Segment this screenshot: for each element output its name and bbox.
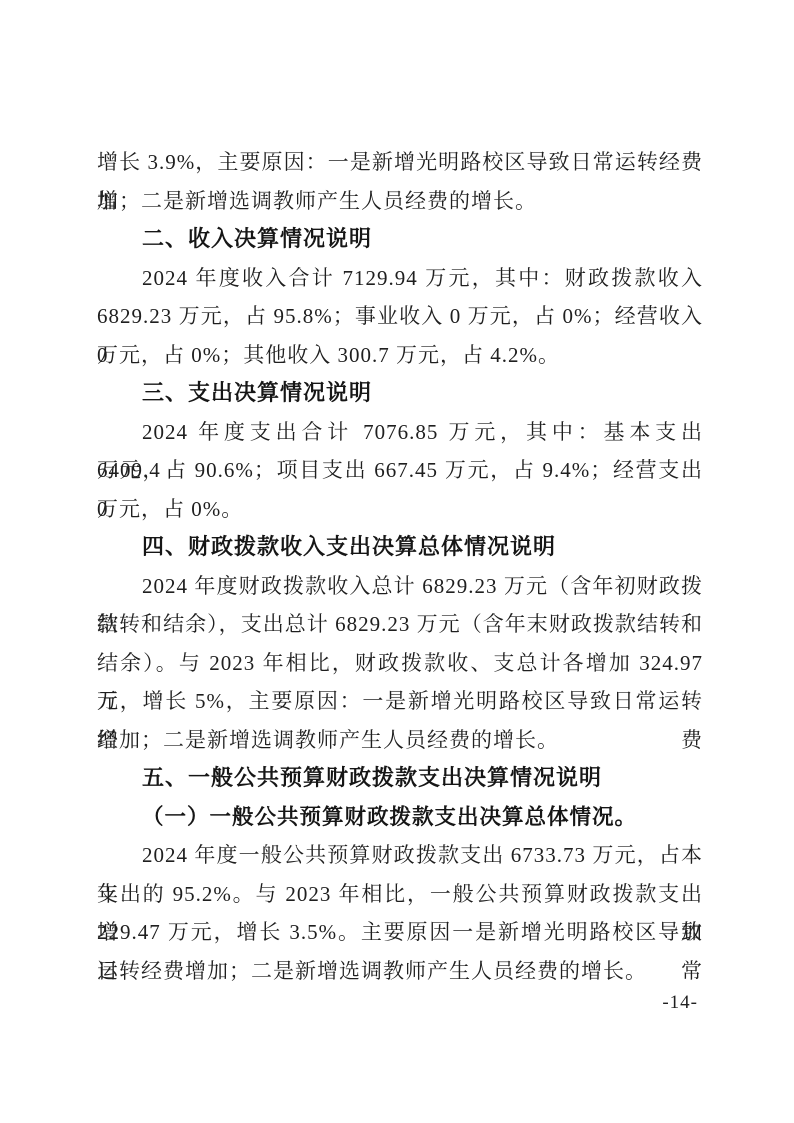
text-line: 结转和结余），支出总计 6829.23 万元（含年末财政拨款结转和	[97, 605, 703, 644]
text-line: 2024 年度一般公共预算财政拨款支出 6733.73 万元，占本年	[97, 836, 703, 875]
section-heading-4: 四、财政拨款收入支出决算总体情况说明	[97, 528, 703, 567]
section-heading-5: 五、一般公共预算财政拨款支出决算情况说明	[97, 759, 703, 798]
document-page: 增长 3.9%，主要原因：一是新增光明路校区导致日常运转经费增 加；二是新增选调…	[0, 0, 794, 1123]
text-line: 支出的 95.2%。与 2023 年相比，一般公共预算财政拨款支出增加	[97, 875, 703, 914]
text-line: 2024 年度支出合计 7076.85 万元，其中：基本支出 6409.4	[97, 413, 703, 452]
text-line: 万元，占 0%。	[97, 490, 703, 529]
text-line: 万元，占 0%；其他收入 300.7 万元，占 4.2%。	[97, 336, 703, 375]
text-line: 万元，占 90.6%；项目支出 667.45 万元，占 9.4%；经营支出 0	[97, 451, 703, 490]
text-line: 2024 年度财政拨款收入总计 6829.23 万元（含年初财政拨款	[97, 567, 703, 606]
document-body: 增长 3.9%，主要原因：一是新增光明路校区导致日常运转经费增 加；二是新增选调…	[97, 143, 703, 990]
text-line: 运转经费增加；二是新增选调教师产生人员经费的增长。	[97, 952, 703, 991]
text-line: 结余）。与 2023 年相比，财政拨款收、支总计各增加 324.97 万	[97, 644, 703, 683]
page-number: -14-	[662, 992, 698, 1014]
section-heading-2: 二、收入决算情况说明	[97, 220, 703, 259]
section-heading-3: 三、支出决算情况说明	[97, 374, 703, 413]
text-line: 增长 3.9%，主要原因：一是新增光明路校区导致日常运转经费增	[97, 143, 703, 182]
text-line: 元，增长 5%，主要原因：一是新增光明路校区导致日常运转经费	[97, 682, 703, 721]
text-line: 229.47 万元，增长 3.5%。主要原因一是新增光明路校区导致日常	[97, 913, 703, 952]
text-line: 6829.23 万元，占 95.8%；事业收入 0 万元，占 0%；经营收入 0	[97, 297, 703, 336]
text-line: 加；二是新增选调教师产生人员经费的增长。	[97, 182, 703, 221]
text-line: 2024 年度收入合计 7129.94 万元，其中：财政拨款收入	[97, 259, 703, 298]
section-subheading-5-1: （一）一般公共预算财政拨款支出决算总体情况。	[97, 798, 703, 837]
